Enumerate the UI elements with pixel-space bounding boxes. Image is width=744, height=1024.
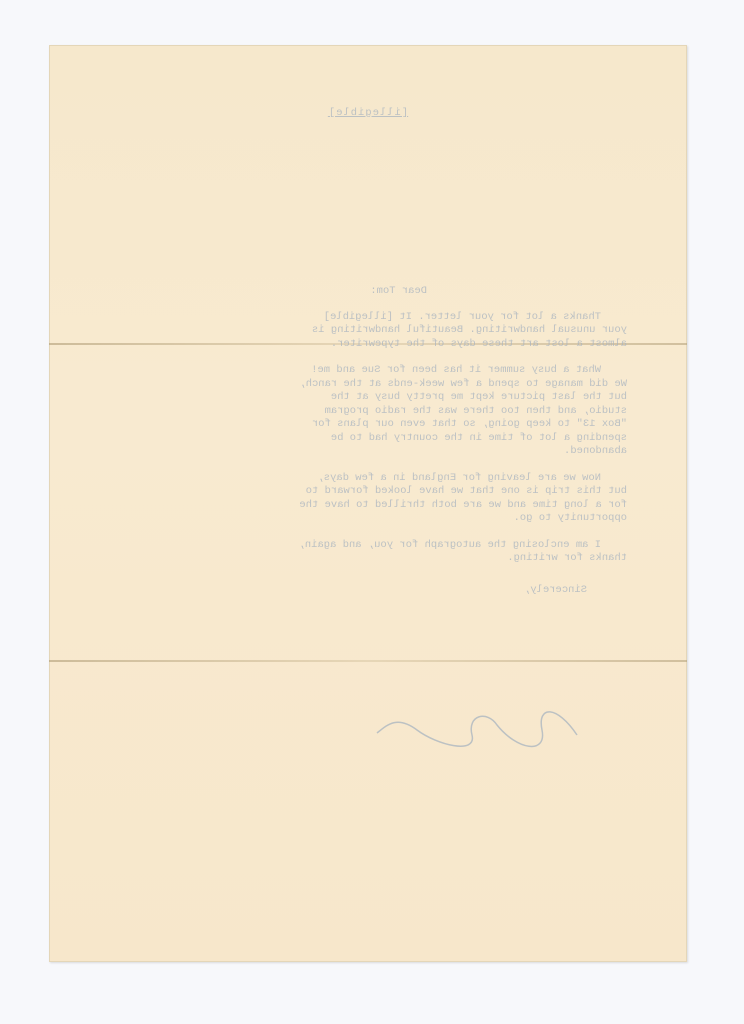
letterhead: [illegible] xyxy=(49,107,687,121)
paragraph-3: Now we are leaving for England in a few … xyxy=(297,472,627,526)
signature-icon xyxy=(367,695,587,755)
mirrored-text-layer: [illegible] Dear Tom: Thanks a lot for y… xyxy=(49,45,687,962)
letter-body: Dear Tom: Thanks a lot for your letter. … xyxy=(297,285,627,597)
paragraph-4: I am enclosing the autograph for you, an… xyxy=(297,539,627,566)
closing: Sincerely, xyxy=(297,584,627,598)
paragraph-2: What a busy summer it has been for Sue a… xyxy=(297,364,627,459)
salutation: Dear Tom: xyxy=(297,285,627,299)
letter-paper: [illegible] Dear Tom: Thanks a lot for y… xyxy=(49,45,687,962)
paragraph-1: Thanks a lot for your letter. It [illegi… xyxy=(297,311,627,352)
